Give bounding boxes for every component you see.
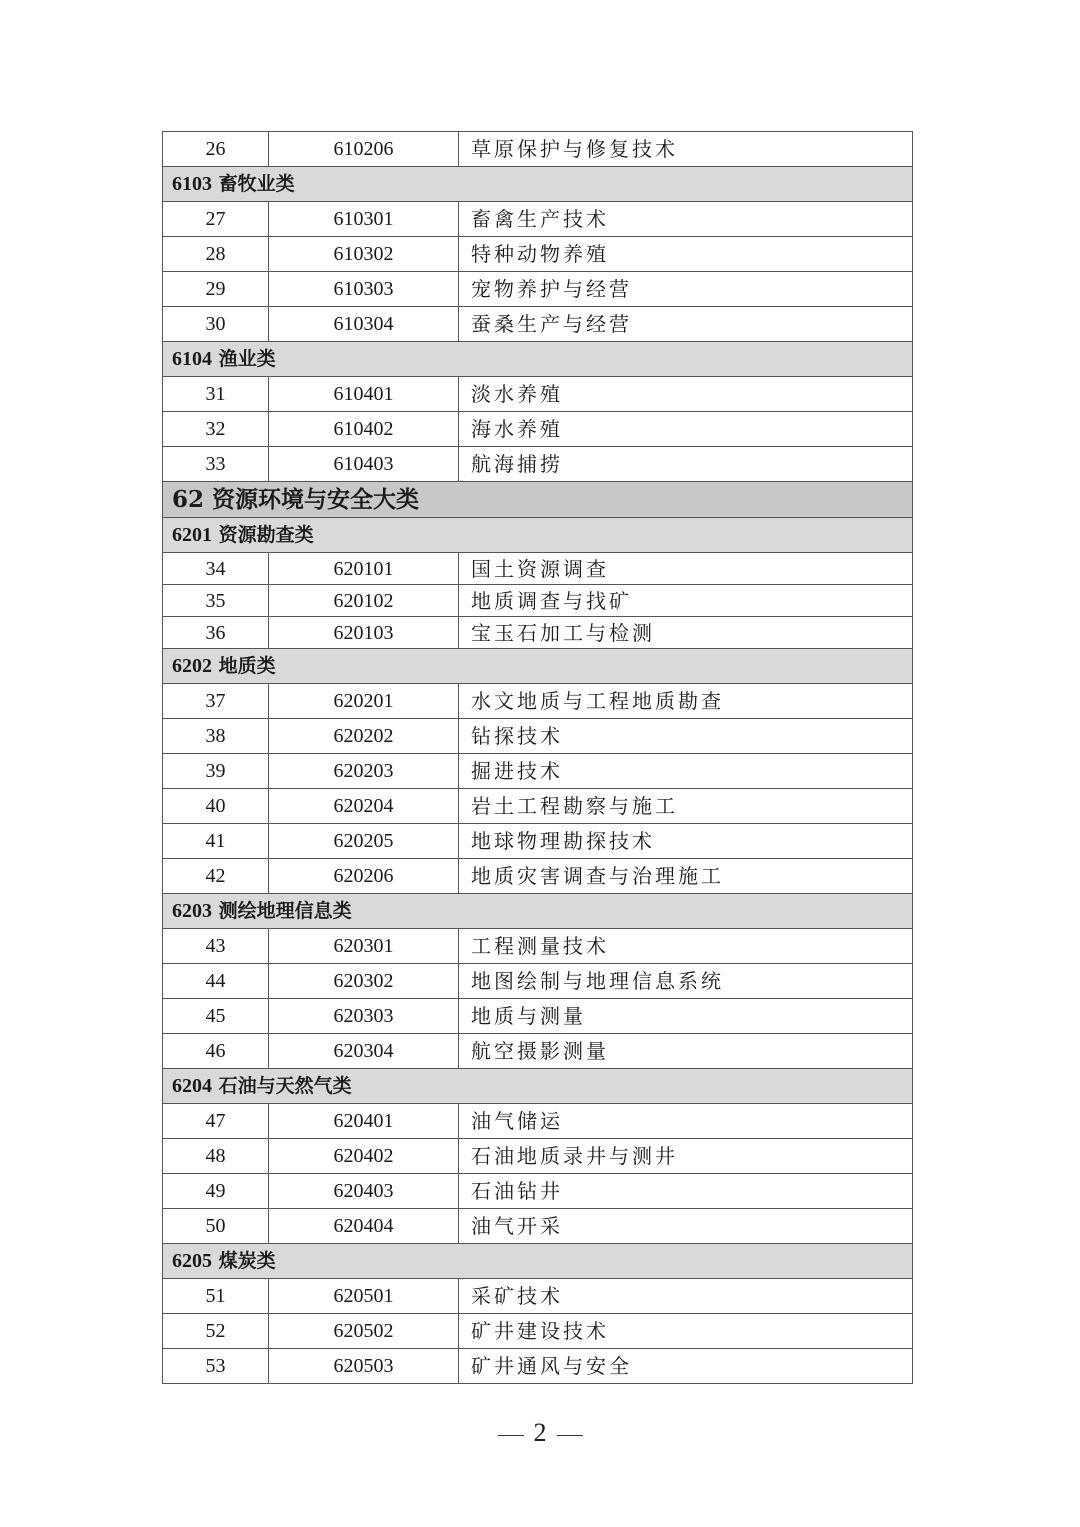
- category-title: 6203 测绘地理信息类: [163, 894, 913, 929]
- category-code: 6205: [172, 1250, 212, 1272]
- category-title: 6201 资源勘查类: [163, 518, 913, 553]
- major-name: 地质与测量: [459, 999, 913, 1034]
- category-code: 6204: [172, 1075, 212, 1097]
- major-code: 610301: [269, 202, 459, 237]
- category-code: 6201: [172, 524, 212, 546]
- table-row: 35620102地质调查与找矿: [163, 585, 913, 617]
- table-row: 53620503矿井通风与安全: [163, 1349, 913, 1384]
- table-row: 34620101国土资源调查: [163, 553, 913, 585]
- category-label: 地质类: [219, 655, 276, 677]
- row-seq: 32: [163, 412, 269, 447]
- major-code: 620206: [269, 859, 459, 894]
- major-name: 地图绘制与地理信息系统: [459, 964, 913, 999]
- major-name: 草原保护与修复技术: [459, 132, 913, 167]
- row-seq: 29: [163, 272, 269, 307]
- row-seq: 33: [163, 447, 269, 482]
- category-header: 6202 地质类: [163, 649, 913, 684]
- row-seq: 26: [163, 132, 269, 167]
- dash-right: [557, 1435, 583, 1436]
- category-code: 6104: [172, 348, 212, 370]
- table-row: 45620303地质与测量: [163, 999, 913, 1034]
- major-name: 畜禽生产技术: [459, 202, 913, 237]
- major-name: 地质调查与找矿: [459, 585, 913, 617]
- row-seq: 41: [163, 824, 269, 859]
- major-code: 620404: [269, 1209, 459, 1244]
- major-code: 620205: [269, 824, 459, 859]
- major-code: 610302: [269, 237, 459, 272]
- major-name: 淡水养殖: [459, 377, 913, 412]
- table-row: 46620304航空摄影测量: [163, 1034, 913, 1069]
- category-code: 62: [172, 486, 204, 513]
- major-code: 620301: [269, 929, 459, 964]
- majors-table: 26610206草原保护与修复技术6103 畜牧业类27610301畜禽生产技术…: [162, 131, 913, 1384]
- table-row: 48620402石油地质录井与测井: [163, 1139, 913, 1174]
- major-name: 宝玉石加工与检测: [459, 617, 913, 649]
- major-name: 钻探技术: [459, 719, 913, 754]
- table-row: 52620502矿井建设技术: [163, 1314, 913, 1349]
- table-row: 47620401油气储运: [163, 1104, 913, 1139]
- row-seq: 30: [163, 307, 269, 342]
- major-category-header: 62 资源环境与安全大类: [163, 482, 913, 518]
- row-seq: 31: [163, 377, 269, 412]
- table-row: 43620301工程测量技术: [163, 929, 913, 964]
- major-code: 620204: [269, 789, 459, 824]
- major-code: 610304: [269, 307, 459, 342]
- row-seq: 38: [163, 719, 269, 754]
- major-name: 水文地质与工程地质勘查: [459, 684, 913, 719]
- major-name: 特种动物养殖: [459, 237, 913, 272]
- row-seq: 37: [163, 684, 269, 719]
- major-name: 岩土工程勘察与施工: [459, 789, 913, 824]
- majors-table-body: 26610206草原保护与修复技术6103 畜牧业类27610301畜禽生产技术…: [163, 132, 913, 1384]
- major-code: 620103: [269, 617, 459, 649]
- major-name: 地质灾害调查与治理施工: [459, 859, 913, 894]
- major-code: 620303: [269, 999, 459, 1034]
- category-header: 6205 煤炭类: [163, 1244, 913, 1279]
- major-name: 海水养殖: [459, 412, 913, 447]
- row-seq: 52: [163, 1314, 269, 1349]
- row-seq: 53: [163, 1349, 269, 1384]
- major-name: 石油钻井: [459, 1174, 913, 1209]
- category-label: 畜牧业类: [219, 173, 295, 195]
- row-seq: 47: [163, 1104, 269, 1139]
- row-seq: 49: [163, 1174, 269, 1209]
- major-code: 620502: [269, 1314, 459, 1349]
- major-code: 610206: [269, 132, 459, 167]
- major-code: 620304: [269, 1034, 459, 1069]
- major-code: 620401: [269, 1104, 459, 1139]
- major-code: 620403: [269, 1174, 459, 1209]
- table-row: 44620302地图绘制与地理信息系统: [163, 964, 913, 999]
- category-header: 6204 石油与天然气类: [163, 1069, 913, 1104]
- category-code: 6202: [172, 655, 212, 677]
- major-name: 采矿技术: [459, 1279, 913, 1314]
- major-code: 610402: [269, 412, 459, 447]
- row-seq: 51: [163, 1279, 269, 1314]
- major-name: 地球物理勘探技术: [459, 824, 913, 859]
- table-row: 32610402海水养殖: [163, 412, 913, 447]
- row-seq: 50: [163, 1209, 269, 1244]
- table-row: 27610301畜禽生产技术: [163, 202, 913, 237]
- table-row: 31610401淡水养殖: [163, 377, 913, 412]
- major-name: 宠物养护与经营: [459, 272, 913, 307]
- major-code: 620302: [269, 964, 459, 999]
- table-row: 37620201水文地质与工程地质勘查: [163, 684, 913, 719]
- category-header: 6103 畜牧业类: [163, 167, 913, 202]
- major-name: 国土资源调查: [459, 553, 913, 585]
- category-code: 6203: [172, 900, 212, 922]
- table-row: 26610206草原保护与修复技术: [163, 132, 913, 167]
- category-title: 6202 地质类: [163, 649, 913, 684]
- major-name: 掘进技术: [459, 754, 913, 789]
- major-code: 610401: [269, 377, 459, 412]
- row-seq: 39: [163, 754, 269, 789]
- major-name: 工程测量技术: [459, 929, 913, 964]
- table-row: 51620501采矿技术: [163, 1279, 913, 1314]
- major-code: 620503: [269, 1349, 459, 1384]
- row-seq: 35: [163, 585, 269, 617]
- row-seq: 40: [163, 789, 269, 824]
- category-title: 6103 畜牧业类: [163, 167, 913, 202]
- category-label: 资源环境与安全大类: [212, 486, 419, 513]
- category-title: 62 资源环境与安全大类: [163, 482, 913, 518]
- major-code: 610403: [269, 447, 459, 482]
- category-label: 石油与天然气类: [219, 1075, 352, 1097]
- row-seq: 48: [163, 1139, 269, 1174]
- table-row: 40620204岩土工程勘察与施工: [163, 789, 913, 824]
- major-code: 610303: [269, 272, 459, 307]
- major-code: 620402: [269, 1139, 459, 1174]
- major-code: 620102: [269, 585, 459, 617]
- major-code: 620202: [269, 719, 459, 754]
- table-row: 29610303宠物养护与经营: [163, 272, 913, 307]
- category-title: 6205 煤炭类: [163, 1244, 913, 1279]
- document-page: 26610206草原保护与修复技术6103 畜牧业类27610301畜禽生产技术…: [0, 0, 1080, 1527]
- table-row: 42620206地质灾害调查与治理施工: [163, 859, 913, 894]
- table-row: 28610302特种动物养殖: [163, 237, 913, 272]
- table-row: 50620404油气开采: [163, 1209, 913, 1244]
- major-name: 油气储运: [459, 1104, 913, 1139]
- category-label: 渔业类: [219, 348, 276, 370]
- page-footer: 2: [0, 1418, 1080, 1448]
- row-seq: 45: [163, 999, 269, 1034]
- major-name: 矿井建设技术: [459, 1314, 913, 1349]
- table-row: 36620103宝玉石加工与检测: [163, 617, 913, 649]
- major-name: 航空摄影测量: [459, 1034, 913, 1069]
- table-row: 41620205地球物理勘探技术: [163, 824, 913, 859]
- category-title: 6204 石油与天然气类: [163, 1069, 913, 1104]
- row-seq: 46: [163, 1034, 269, 1069]
- major-code: 620203: [269, 754, 459, 789]
- row-seq: 44: [163, 964, 269, 999]
- major-name: 蚕桑生产与经营: [459, 307, 913, 342]
- category-label: 测绘地理信息类: [219, 900, 352, 922]
- table-row: 38620202钻探技术: [163, 719, 913, 754]
- category-code: 6103: [172, 173, 212, 195]
- page-number: 2: [534, 1418, 547, 1447]
- category-header: 6104 渔业类: [163, 342, 913, 377]
- category-header: 6203 测绘地理信息类: [163, 894, 913, 929]
- category-header: 6201 资源勘查类: [163, 518, 913, 553]
- major-name: 航海捕捞: [459, 447, 913, 482]
- row-seq: 43: [163, 929, 269, 964]
- major-code: 620201: [269, 684, 459, 719]
- table-row: 49620403石油钻井: [163, 1174, 913, 1209]
- major-name: 石油地质录井与测井: [459, 1139, 913, 1174]
- category-label: 资源勘查类: [219, 524, 314, 546]
- row-seq: 34: [163, 553, 269, 585]
- table-row: 39620203掘进技术: [163, 754, 913, 789]
- row-seq: 27: [163, 202, 269, 237]
- row-seq: 28: [163, 237, 269, 272]
- major-code: 620501: [269, 1279, 459, 1314]
- dash-left: [498, 1435, 524, 1436]
- row-seq: 36: [163, 617, 269, 649]
- table-row: 30610304蚕桑生产与经营: [163, 307, 913, 342]
- major-code: 620101: [269, 553, 459, 585]
- category-title: 6104 渔业类: [163, 342, 913, 377]
- table-row: 33610403航海捕捞: [163, 447, 913, 482]
- category-label: 煤炭类: [219, 1250, 276, 1272]
- row-seq: 42: [163, 859, 269, 894]
- major-name: 矿井通风与安全: [459, 1349, 913, 1384]
- major-name: 油气开采: [459, 1209, 913, 1244]
